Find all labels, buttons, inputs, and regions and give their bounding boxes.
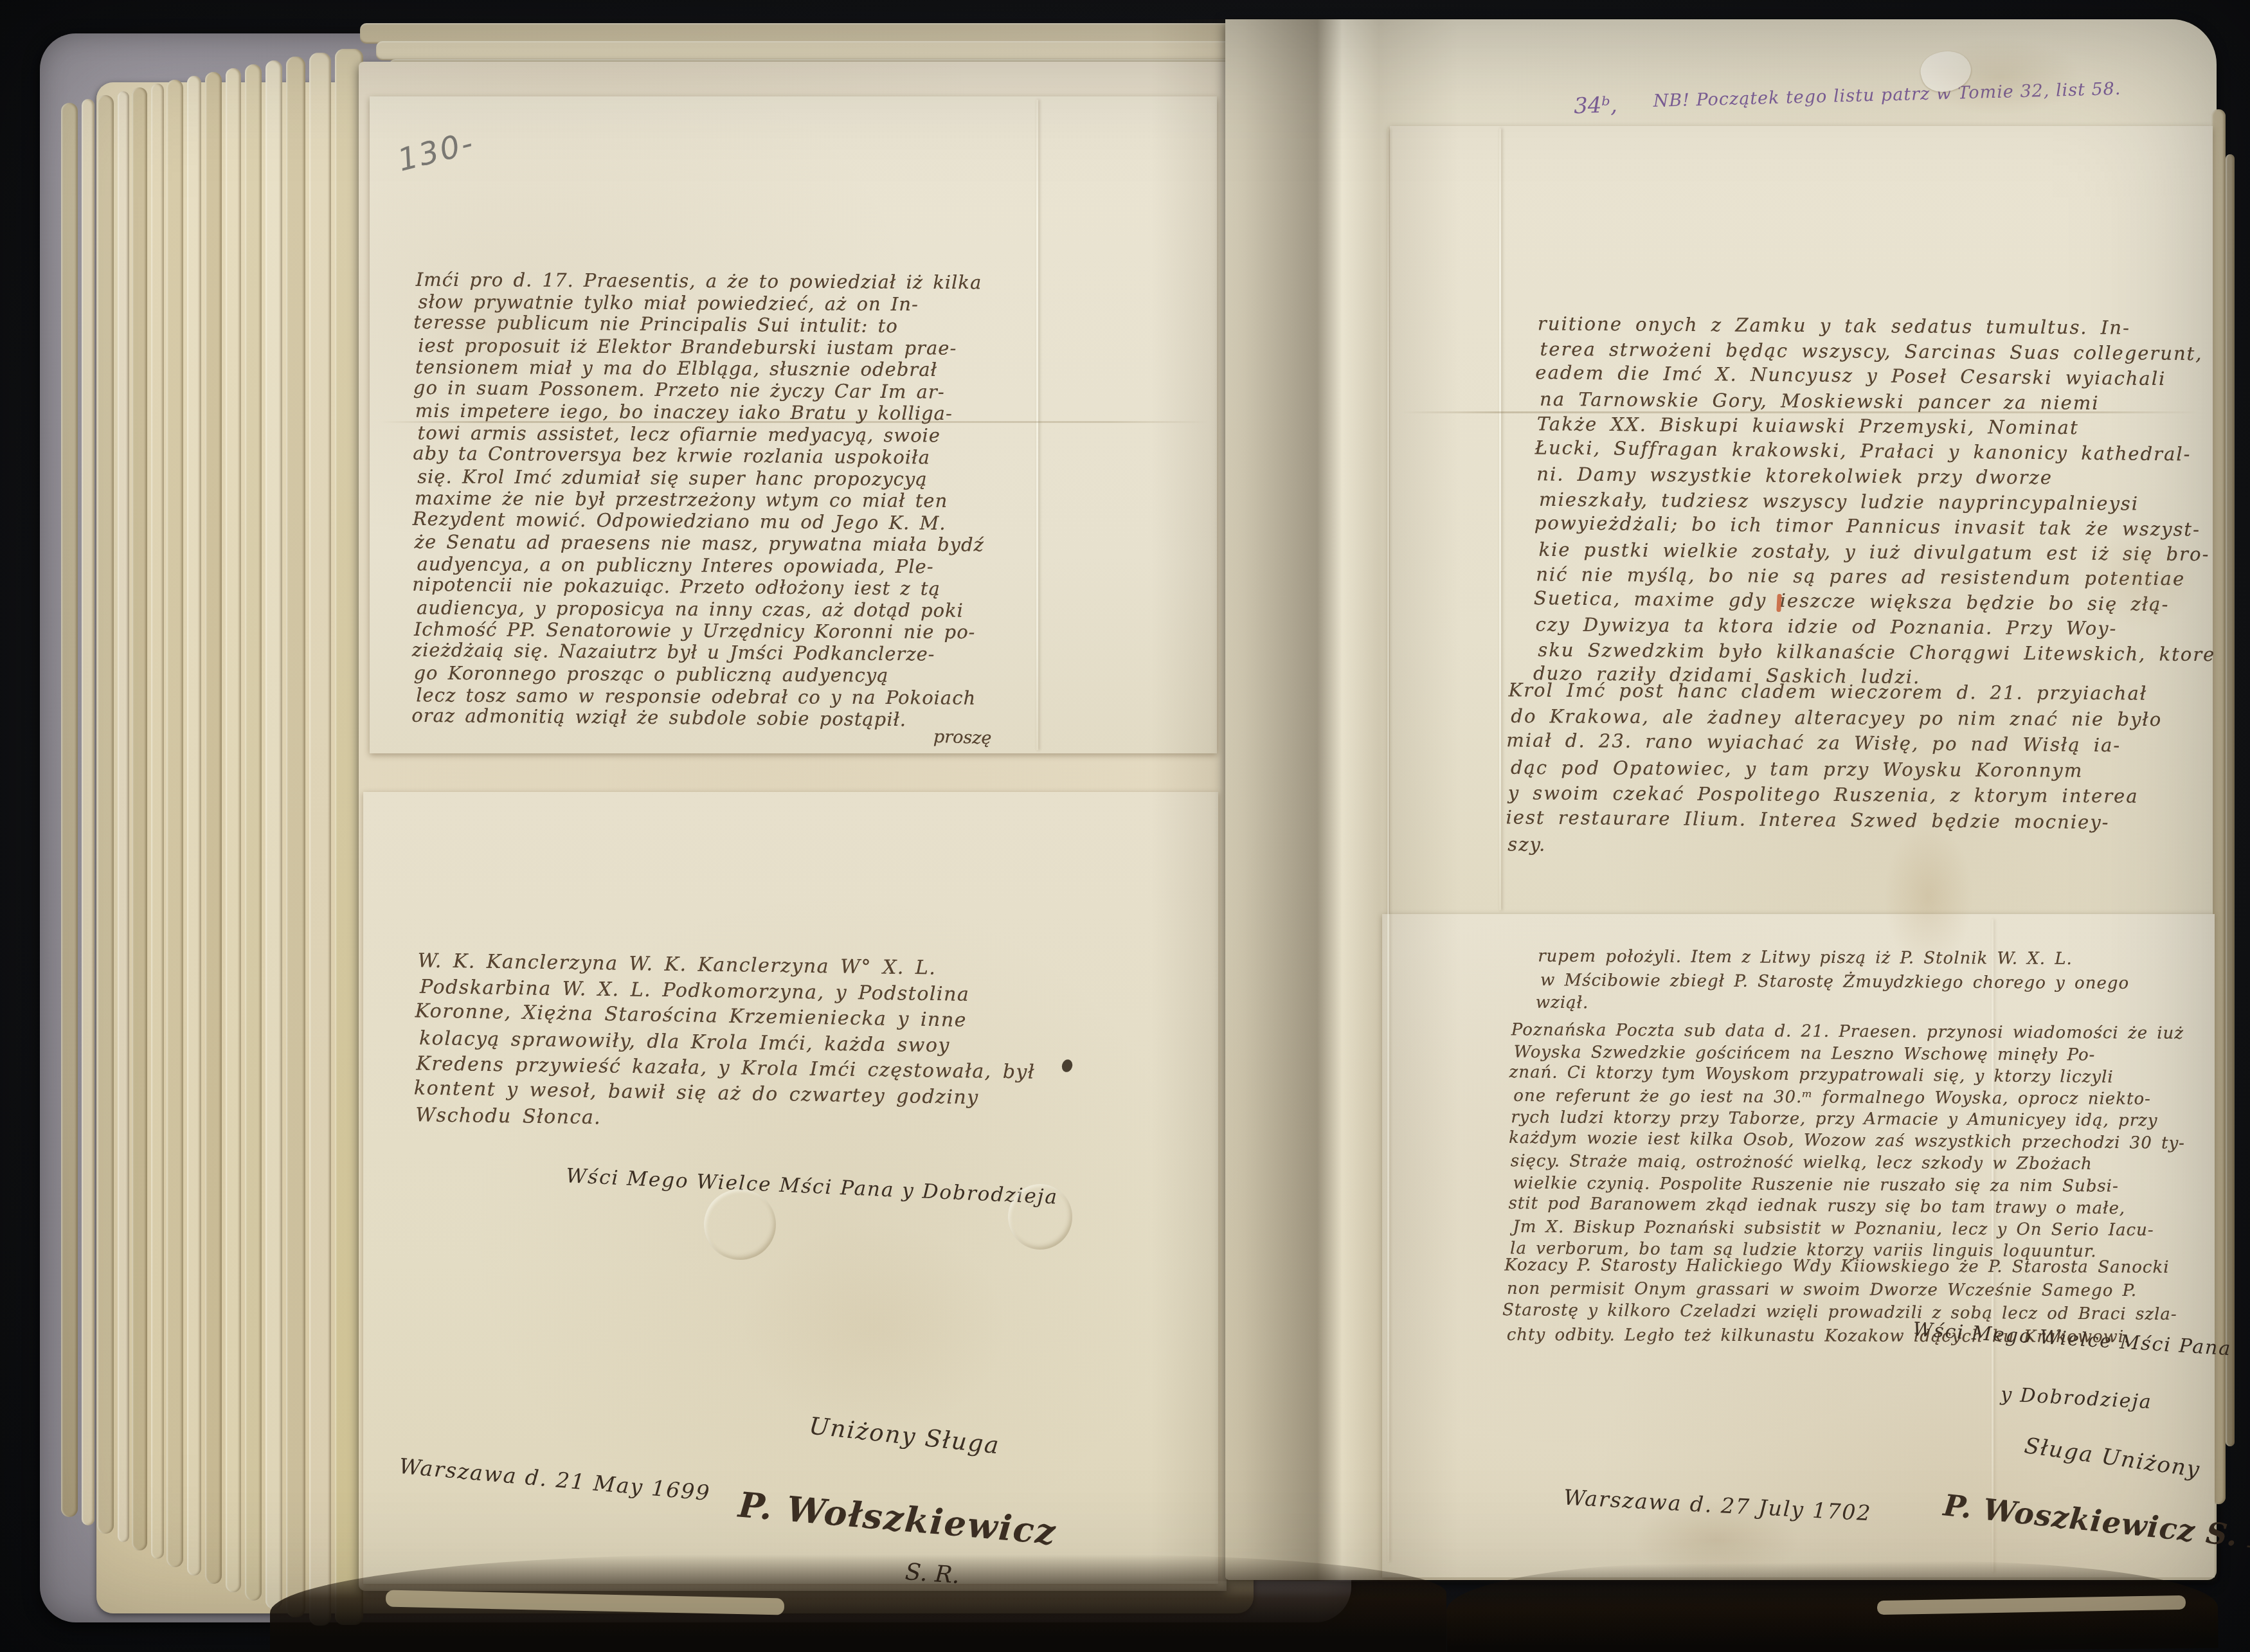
paper-stain [1916,39,2083,116]
page-edge [166,80,183,1567]
fold-crease [1036,100,1038,750]
page-edge [226,68,241,1592]
paper-stain [739,1221,1009,1433]
blind-seal [1008,1184,1072,1250]
page-edge [245,64,262,1601]
page-edge [286,57,305,1617]
letter-134-paragraph-1: ruitione onych z Zamku y tak sedatus tum… [1535,311,2215,692]
page-edge [309,53,331,1626]
letter-132-text: W. K. Kanclerzyna W. K. Kanclerzyna W° X… [415,948,1037,1136]
letter-poznan-news: Poznańska Poczta sub data d. 21. Praesen… [1510,1019,2188,1263]
page-edge [187,76,201,1576]
paper-stain [424,276,566,379]
archival-folio: 34ᵇ, [1574,92,1618,119]
archival-manuscript-photo: 130- Imći pro d. 17. Praesentis, a że to… [0,0,2250,1652]
gutter-sheet-edge [1387,129,1389,1562]
red-ink-mark [1776,594,1781,612]
letter-130-catchword: proszę [933,727,992,748]
letter-134-paragraph-2: Krol Imć post hanc cladem wieczorem d. 2… [1507,677,2159,860]
paper-stain [1884,823,1974,971]
page-edge [265,60,282,1609]
page-edge [118,91,129,1542]
page-edge [82,99,94,1525]
page-edge [61,103,78,1517]
page-edge [151,84,164,1559]
fold-crease [1499,129,1501,910]
page-edge [2226,154,2235,1446]
page-top-edge [376,41,1360,60]
page-edge [205,72,222,1584]
letter-poznan-intro: rupem położyli. Item z Litwy piszą iż P.… [1538,945,2127,1019]
blind-seal [704,1189,776,1260]
paper-stain [2083,527,2199,630]
page-edge [132,87,147,1550]
page-edge [97,95,114,1534]
